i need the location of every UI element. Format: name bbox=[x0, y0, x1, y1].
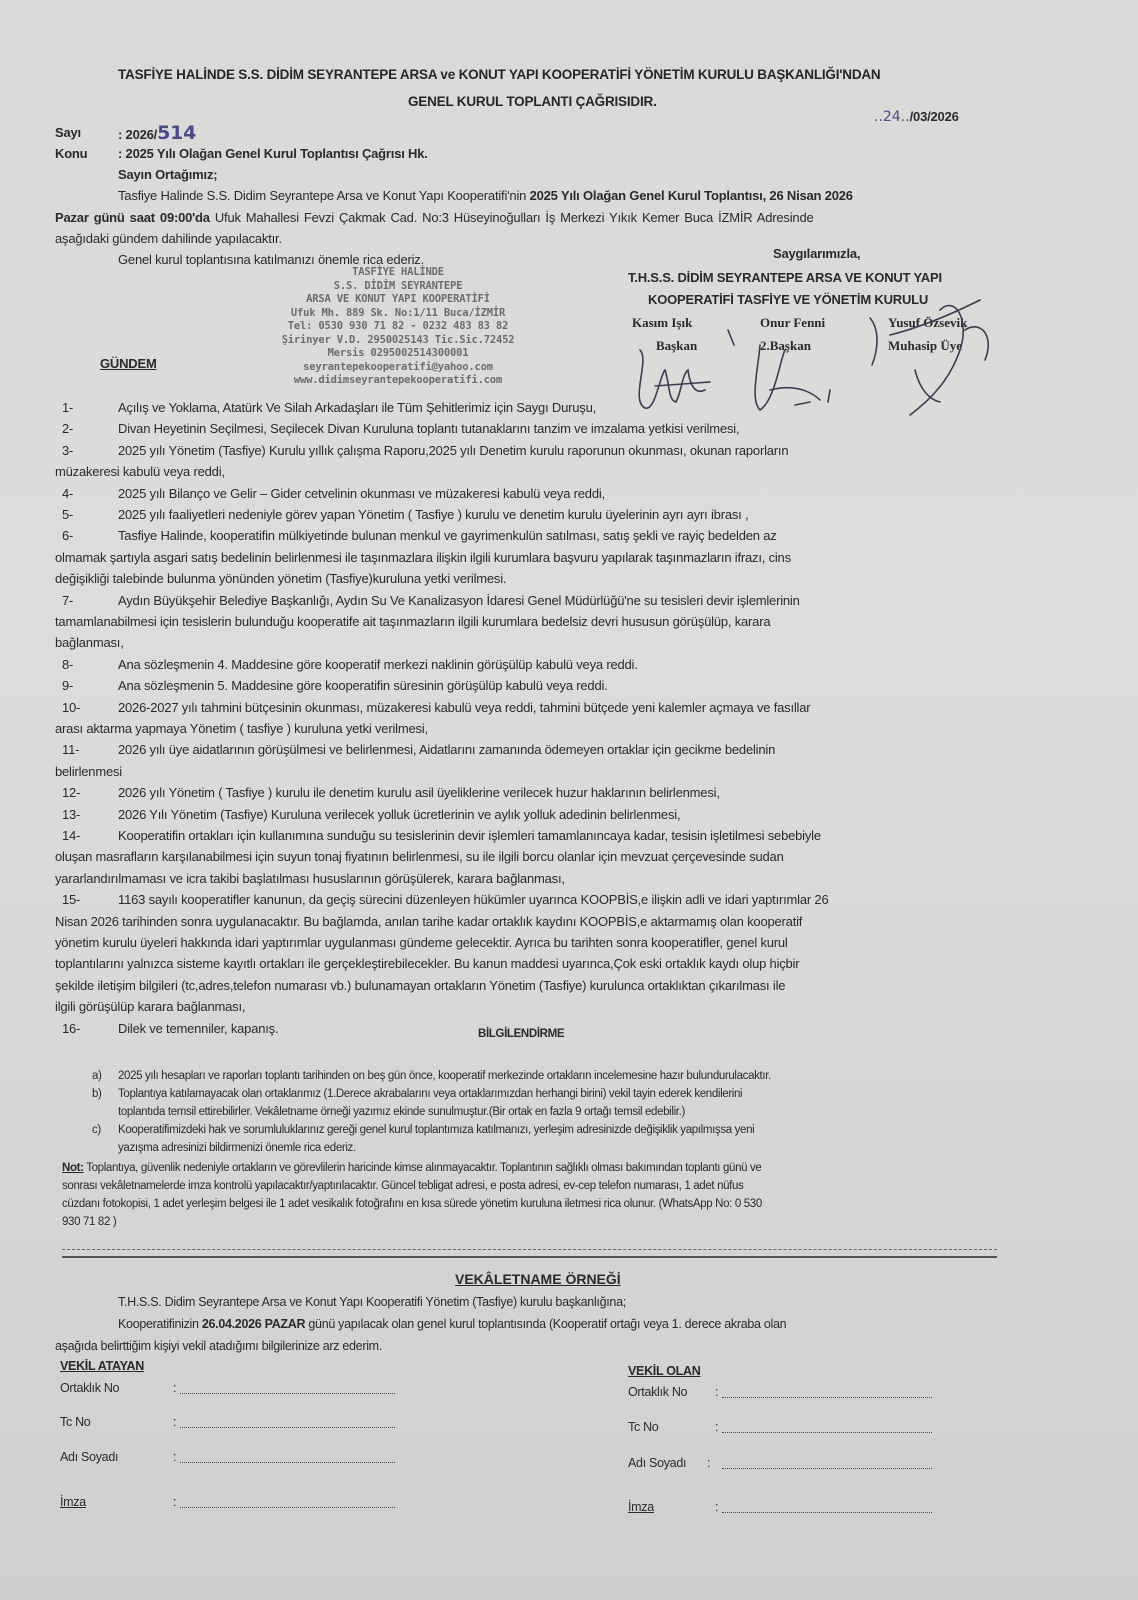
grantor-field-input[interactable] bbox=[180, 1383, 395, 1394]
note-line: cüzdanı fotokopisi, 1 adet yerleşim belg… bbox=[62, 1198, 762, 1210]
proxy-body-line2: aşağıda belirttiğim kişiyi vekil atadığı… bbox=[55, 1339, 382, 1353]
agenda-item-text-cont: olmamak şartıyla asgari satış bedelinin … bbox=[55, 550, 791, 565]
intro-line1-bold: 2025 Yılı Olağan Genel Kurul Toplantısı,… bbox=[530, 188, 853, 203]
proxy-holder-field-colon: : bbox=[715, 1420, 718, 1434]
info-item-text: Toplantıya katılamayacak olan ortaklarım… bbox=[118, 1088, 742, 1100]
agenda-item-text: Ana sözleşmenin 4. Maddesine göre kooper… bbox=[118, 657, 638, 672]
proxy-addressee: T.H.S.S. Didim Seyrantepe Arsa ve Konut … bbox=[118, 1295, 626, 1309]
proxy-holder-field-input[interactable] bbox=[722, 1422, 932, 1433]
agenda-heading: GÜNDEM bbox=[100, 356, 157, 371]
agenda-item-text-cont: değişikliği talebinde bulunma yönünden y… bbox=[55, 571, 506, 586]
intro-line2: Pazar günü saat 09:00'da Ufuk Mahallesi … bbox=[55, 210, 814, 225]
agenda-item-number: 13- bbox=[62, 807, 80, 822]
agenda-item-text-cont: yönetim kurulu üyeleri hakkında idari ya… bbox=[55, 935, 788, 950]
grantor-field-colon: : bbox=[173, 1495, 176, 1509]
agenda-item-number: 10- bbox=[62, 700, 80, 715]
agenda-item-number: 6- bbox=[62, 528, 73, 543]
agenda-item-text: 2025 yılı Yönetim (Tasfiye) Kurulu yıllı… bbox=[118, 443, 788, 458]
stamp-line: Şirinyer V.D. 2950025143 Tic.Sic.72452 bbox=[268, 334, 528, 348]
note-line: sonrası vekâletnamelerde imza kontrolü y… bbox=[62, 1180, 743, 1192]
agenda-item-number: 3- bbox=[62, 443, 73, 458]
agenda-item-text-cont: ilgili görüşülüp karara bağlanması, bbox=[55, 999, 245, 1014]
agenda-item-text: Ana sözleşmenin 5. Maddesine göre kooper… bbox=[118, 678, 608, 693]
agenda-item-text: 2026 yılı üye aidatlarının görüşülmesi v… bbox=[118, 742, 775, 757]
signature-org-line1: T.H.S.S. DİDİM SEYRANTEPE ARSA VE KONUT … bbox=[628, 270, 942, 285]
proxy-holder-field-colon: : bbox=[715, 1500, 718, 1514]
agenda-item-text: Divan Heyetinin Seçilmesi, Seçilecek Div… bbox=[118, 421, 739, 436]
proxy-holder-field-colon: : bbox=[715, 1385, 718, 1399]
intro-address: Ufuk Mahallesi Fevzi Çakmak Cad. No:3 Hü… bbox=[210, 210, 814, 225]
grantor-field-colon: : bbox=[173, 1415, 176, 1429]
proxy-heading: VEKÂLETNAME ÖRNEĞİ bbox=[455, 1271, 621, 1287]
proxy-holder-field-label: Ortaklık No bbox=[628, 1385, 687, 1399]
agenda-item-text: 1163 sayılı kooperatifler kanunun, da ge… bbox=[118, 892, 828, 907]
document-title-line1: TASFİYE HALİNDE S.S. DİDİM SEYRANTEPE AR… bbox=[118, 67, 880, 82]
intro-line1: Tasfiye Halinde S.S. Didim Seyrantepe Ar… bbox=[118, 188, 853, 203]
agenda-item-text-cont: belirlenmesi bbox=[55, 764, 122, 779]
agenda-item-text: Açılış ve Yoklama, Atatürk Ve Silah Arka… bbox=[118, 400, 596, 415]
stamp-line: www.didimseyrantepekooperatifi.com bbox=[268, 374, 528, 388]
sayi-label: Sayı bbox=[55, 125, 81, 140]
closing-salutation: Saygılarımızla, bbox=[773, 246, 860, 261]
grantor-field-label: Tc No bbox=[60, 1415, 90, 1429]
agenda-item-text: 2026 Yılı Yönetim (Tasfiye) Kuruluna ver… bbox=[118, 807, 680, 822]
agenda-item-text-cont: şekilde iletişim bilgileri (tc,adres,tel… bbox=[55, 978, 785, 993]
agenda-item-text-cont: Nisan 2026 tarihinden sonra uygulanacakt… bbox=[55, 914, 802, 929]
agenda-item-number: 11- bbox=[62, 742, 79, 757]
proxy-holder-heading: VEKİL OLAN bbox=[628, 1364, 700, 1378]
grantor-field-input[interactable] bbox=[180, 1452, 395, 1463]
agenda-item-text-cont: tamamlanabilmesi için tesislerin bulundu… bbox=[55, 614, 770, 629]
date-month-year: /03/2026 bbox=[910, 109, 959, 124]
agenda-item-text: Dilek ve temenniler, kapanış. bbox=[118, 1021, 278, 1036]
note-text: Toplantıya, güvenlik nedeniyle ortakları… bbox=[84, 1162, 762, 1174]
agenda-item-text: 2025 yılı Bilanço ve Gelir – Gider cetve… bbox=[118, 486, 605, 501]
proxy-holder-field-input[interactable] bbox=[722, 1387, 932, 1398]
sayi-handwritten-number: 514 bbox=[157, 122, 196, 144]
konu-label: Konu bbox=[55, 146, 87, 161]
agenda-item-number: 15- bbox=[62, 892, 80, 907]
info-item-text: 2025 yılı hesapları ve raporları toplant… bbox=[118, 1070, 771, 1082]
agenda-item-text: Tasfiye Halinde, kooperatifin mülkiyetin… bbox=[118, 528, 777, 543]
agenda-item-text-cont: oluşan masrafların karşılanabilmesi için… bbox=[55, 849, 784, 864]
agenda-item-text: 2025 yılı faaliyetleri nedeniyle görev y… bbox=[118, 507, 748, 522]
stamp-line: S.S. DİDİM SEYRANTEPE bbox=[268, 280, 528, 294]
proxy-meeting-date: 26.04.2026 PAZAR bbox=[202, 1317, 305, 1331]
agenda-item-text: Kooperatifin ortakları için kullanımına … bbox=[118, 828, 821, 843]
note-line: 930 71 82 ) bbox=[62, 1216, 116, 1228]
stamp-line: Ufuk Mh. 889 Sk. No:1/11 Buca/İZMİR bbox=[268, 307, 528, 321]
stamp-line: Tel: 0530 930 71 82 - 0232 483 83 82 bbox=[268, 320, 528, 334]
proxy-holder-field-label: Tc No bbox=[628, 1420, 658, 1434]
stamp-line: ARSA VE KONUT YAPI KOOPERATİFİ bbox=[268, 293, 528, 307]
proxy-holder-field-label: Adı Soyadı bbox=[628, 1456, 686, 1470]
attendance-request: Genel kurul toplantısına katılmanızı öne… bbox=[118, 252, 424, 267]
sayi-value: : 2026/514 bbox=[118, 122, 196, 144]
proxy-holder-field-colon: : bbox=[707, 1456, 710, 1470]
agenda-item-number: 12- bbox=[62, 785, 80, 800]
greeting: Sayın Ortağımız; bbox=[118, 167, 217, 182]
stamp-line: seyrantepekooperatifi@yahoo.com bbox=[268, 361, 528, 375]
agenda-item-number: 4- bbox=[62, 486, 73, 501]
intro-line3: aşağıdaki gündem dahilinde yapılacaktır. bbox=[55, 231, 282, 246]
info-item-text: yazışma adresinizi bildirmenizi önemle r… bbox=[118, 1142, 356, 1154]
agenda-item-number: 9- bbox=[62, 678, 73, 693]
info-item-letter: b) bbox=[92, 1088, 102, 1100]
info-item-letter: a) bbox=[92, 1070, 102, 1082]
document-title-line2: GENEL KURUL TOPLANTI ÇAĞRISIDIR. bbox=[408, 94, 657, 109]
grantor-field-input[interactable] bbox=[180, 1497, 395, 1508]
date-handwritten-day: ..24.. bbox=[874, 109, 910, 125]
proxy-holder-field-input[interactable] bbox=[722, 1502, 932, 1513]
stamp-line: Mersis 0295002514300001 bbox=[268, 347, 528, 361]
info-item-text: Kooperatifimizdeki hak ve sorumlulukları… bbox=[118, 1124, 754, 1136]
note-label: Not: bbox=[62, 1162, 84, 1174]
grantor-field-colon: : bbox=[173, 1450, 176, 1464]
proxy-body-text: Kooperatifinizin bbox=[118, 1317, 202, 1331]
grantor-field-colon: : bbox=[173, 1381, 176, 1395]
info-item-letter: c) bbox=[92, 1124, 101, 1136]
agenda-item-text-cont: müzakeresi kabulü veya reddi, bbox=[55, 464, 225, 479]
divider-solid bbox=[62, 1256, 997, 1258]
agenda-item-number: 1- bbox=[62, 400, 73, 415]
agenda-item-text: 2026-2027 yılı tahmini bütçesinin okunma… bbox=[118, 700, 810, 715]
sayi-prefix: : 2026/ bbox=[118, 127, 157, 142]
intro-meeting-time: Pazar günü saat 09:00'da bbox=[55, 210, 210, 225]
divider-dashed bbox=[62, 1249, 997, 1250]
agenda-item-text-cont: bağlanması, bbox=[55, 635, 124, 650]
agenda-item-number: 16- bbox=[62, 1021, 80, 1036]
grantor-field-label: İmza bbox=[60, 1495, 86, 1509]
info-item-text: toplantıda temsil ettirebilirler. Vekâle… bbox=[118, 1106, 685, 1118]
info-heading: BİLGİLENDİRME bbox=[478, 1028, 564, 1040]
agenda-item-number: 5- bbox=[62, 507, 73, 522]
agenda-item-number: 8- bbox=[62, 657, 73, 672]
agenda-item-text: 2026 yılı Yönetim ( Tasfiye ) kurulu ile… bbox=[118, 785, 720, 800]
proxy-body-rest: günü yapılacak olan genel kurul toplantı… bbox=[305, 1317, 786, 1331]
agenda-item-number: 14- bbox=[62, 828, 80, 843]
cooperative-stamp: TASFİYE HALİNDES.S. DİDİM SEYRANTEPEARSA… bbox=[268, 266, 528, 388]
handwritten-signatures-icon bbox=[610, 290, 1030, 420]
agenda-item-text-cont: yararlandırılmaması ve icra takibi başla… bbox=[55, 871, 565, 886]
agenda-item-number: 7- bbox=[62, 593, 73, 608]
agenda-item-text: Aydın Büyükşehir Belediye Başkanlığı, Ay… bbox=[118, 593, 800, 608]
grantor-field-input[interactable] bbox=[180, 1417, 395, 1428]
proxy-holder-field-input[interactable] bbox=[722, 1458, 932, 1469]
proxy-holder-field-label: İmza bbox=[628, 1500, 654, 1514]
note-line: Not: Toplantıya, güvenlik nedeniyle orta… bbox=[62, 1162, 761, 1174]
grantor-field-label: Ortaklık No bbox=[60, 1381, 119, 1395]
document-page: TASFİYE HALİNDE S.S. DİDİM SEYRANTEPE AR… bbox=[0, 0, 1138, 1600]
document-date: ..24../03/2026 bbox=[874, 108, 959, 126]
grantor-field-label: Adı Soyadı bbox=[60, 1450, 118, 1464]
konu-value: : 2025 Yılı Olağan Genel Kurul Toplantıs… bbox=[118, 146, 428, 161]
intro-line1-text: Tasfiye Halinde S.S. Didim Seyrantepe Ar… bbox=[118, 188, 530, 203]
agenda-item-text-cont: toplantılarını yalnızca sisteme kayıtlı … bbox=[55, 956, 799, 971]
proxy-body-line1: Kooperatifinizin 26.04.2026 PAZAR günü y… bbox=[118, 1317, 786, 1331]
grantor-heading: VEKİL ATAYAN bbox=[60, 1359, 144, 1373]
stamp-line: TASFİYE HALİNDE bbox=[268, 266, 528, 280]
agenda-item-text-cont: arası aktarma yapmaya Yönetim ( tasfiye … bbox=[55, 721, 428, 736]
agenda-item-number: 2- bbox=[62, 421, 73, 436]
paper-fold bbox=[0, 1062, 1138, 1066]
